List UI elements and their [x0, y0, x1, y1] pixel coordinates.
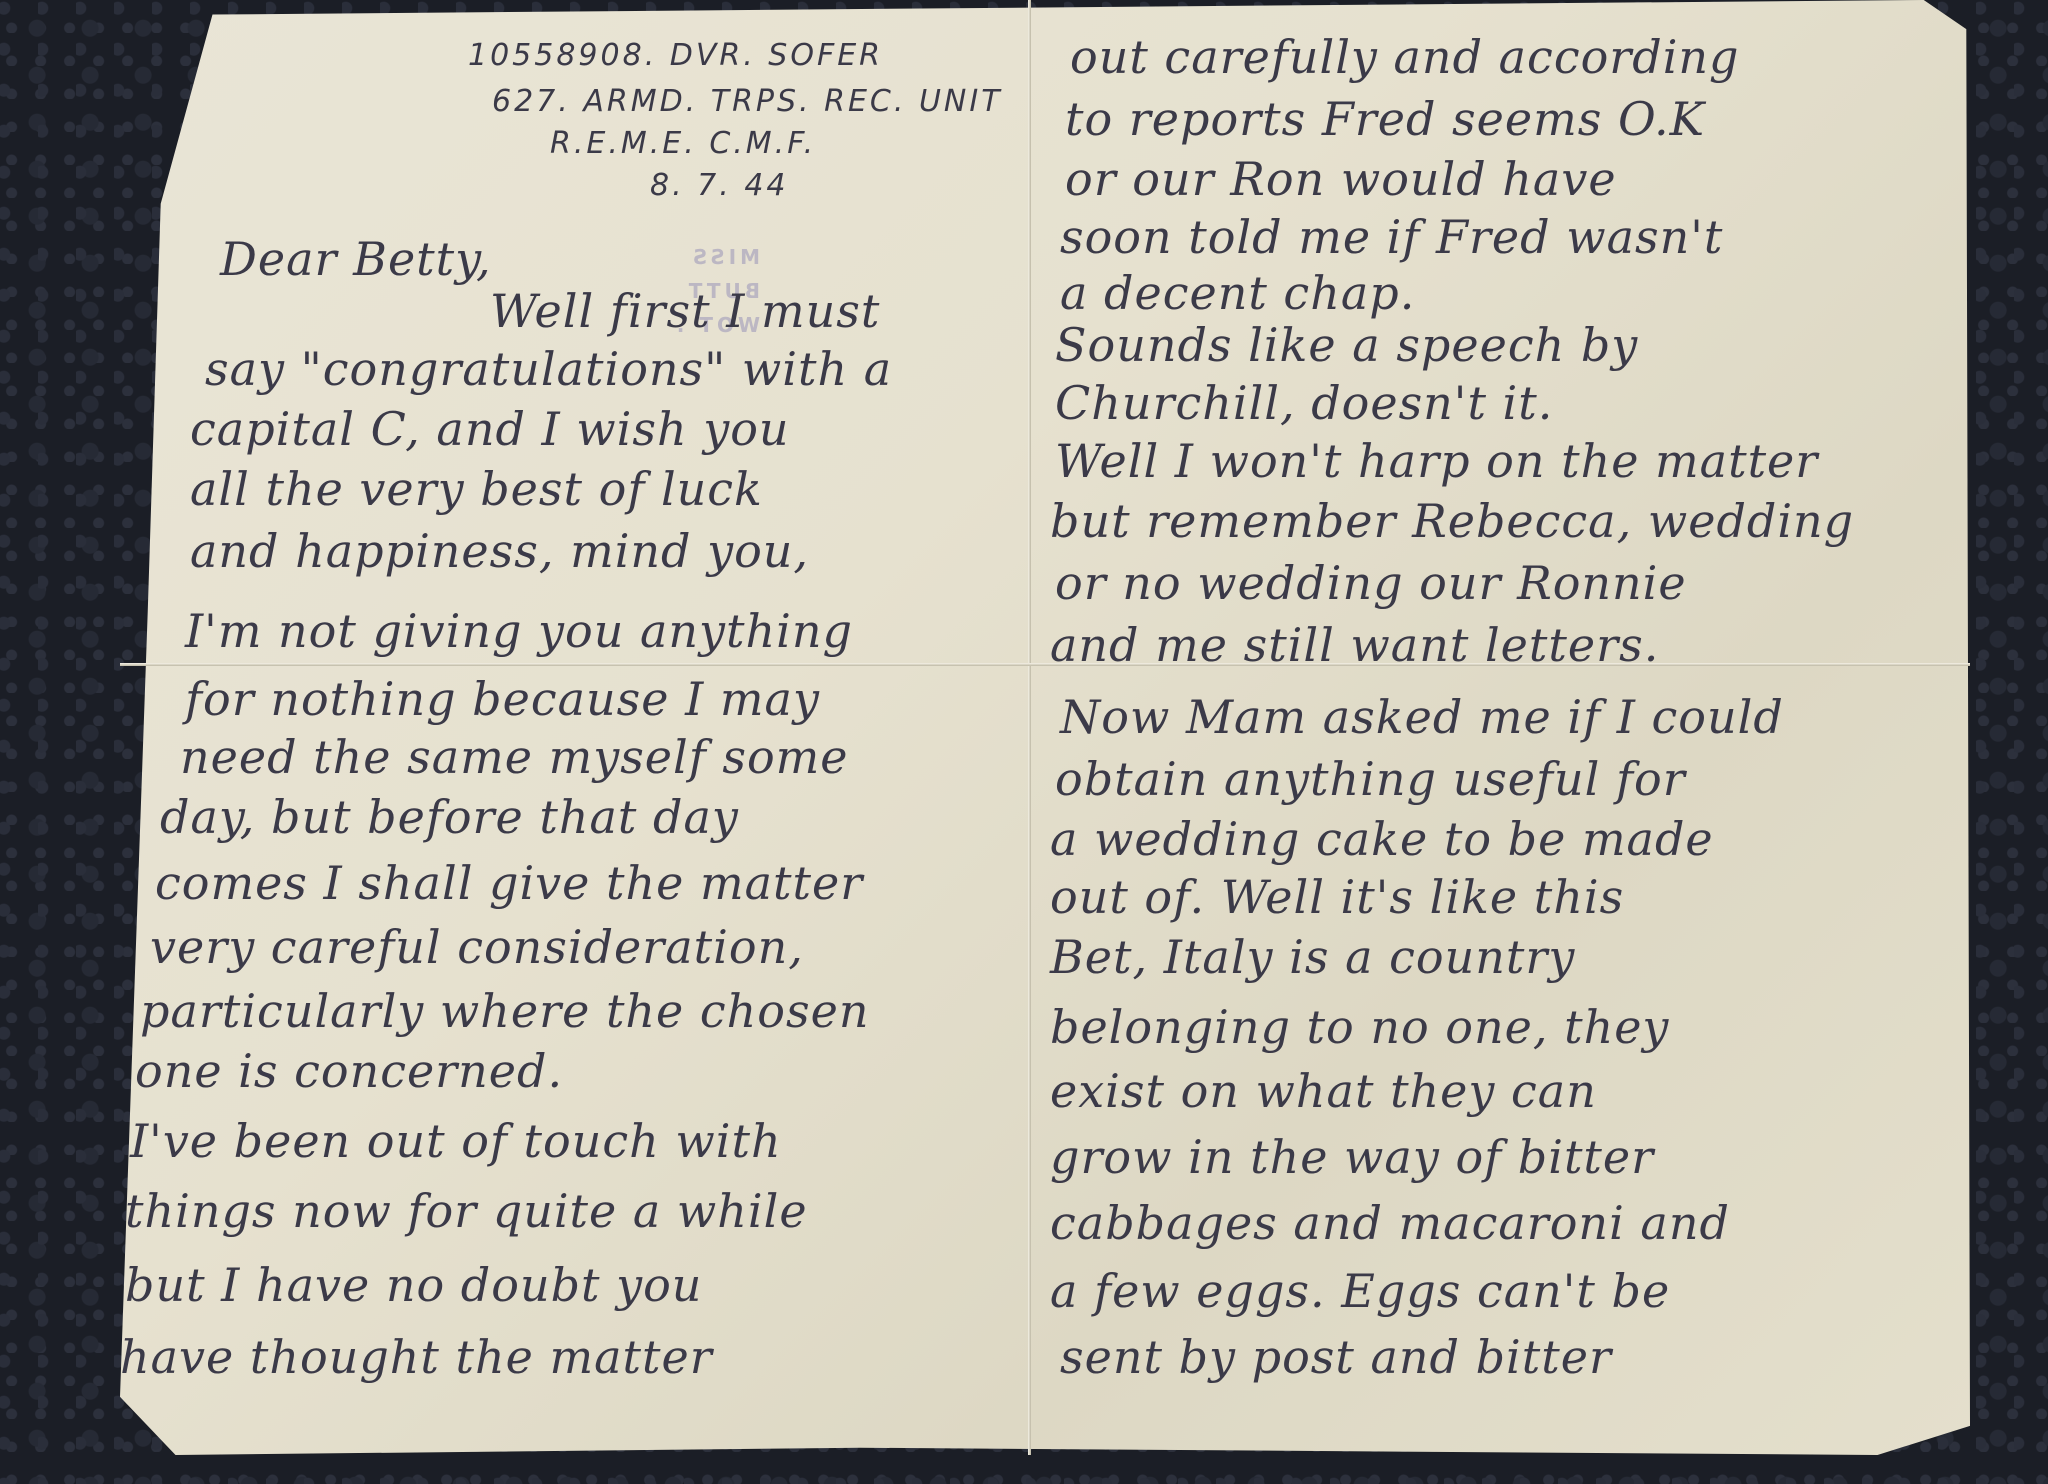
right-line: exist on what they can [1050, 1064, 1597, 1118]
right-line: out of. Well it's like this [1050, 870, 1624, 924]
salutation: Dear Betty, [220, 232, 492, 286]
left-line: all the very best of luck [190, 462, 763, 516]
right-line: Churchill, doesn't it. [1055, 376, 1553, 430]
right-line: a decent chap. [1060, 266, 1415, 320]
left-line: particularly where the chosen [140, 984, 869, 1038]
right-line: obtain anything useful for [1055, 752, 1686, 806]
right-line: Now Mam asked me if I could [1060, 690, 1784, 744]
right-line: or our Ron would have [1065, 152, 1617, 206]
right-line: and me still want letters. [1050, 618, 1659, 672]
left-line: need the same myself some [180, 730, 849, 784]
left-line: but I have no doubt you [125, 1258, 702, 1312]
right-line: belonging to no one, they [1050, 1000, 1669, 1054]
right-line: Bet, Italy is a country [1050, 930, 1575, 984]
horizontal-fold-crease [120, 663, 1970, 666]
corps-line: R.E.M.E. C.M.F. [550, 126, 816, 161]
right-line: sent by post and bitter [1060, 1330, 1612, 1384]
left-line: Well first I must [490, 284, 880, 338]
letter-date: 8. 7. 44 [650, 168, 789, 203]
left-line: day, but before that day [160, 790, 739, 844]
right-line: a few eggs. Eggs can't be [1050, 1264, 1670, 1318]
right-line: soon told me if Fred wasn't [1060, 210, 1723, 264]
service-number-line: 10558908. DVR. SOFER [468, 38, 883, 73]
right-line: to reports Fred seems O.K [1065, 92, 1705, 146]
left-line: things now for quite a while [125, 1184, 808, 1238]
left-line: I've been out of touch with [130, 1114, 782, 1168]
right-line: grow in the way of bitter [1050, 1130, 1654, 1184]
left-line: one is concerned. [135, 1044, 563, 1098]
left-line: have thought the matter [120, 1330, 713, 1384]
left-line: capital C, and I wish you [190, 402, 790, 456]
right-line: a wedding cake to be made [1050, 812, 1714, 866]
right-line: but remember Rebecca, wedding [1050, 494, 1854, 548]
left-line: and happiness, mind you, [190, 524, 809, 578]
unit-line: 627. ARMD. TRPS. REC. UNIT [492, 84, 1003, 119]
vertical-fold-crease [1028, 0, 1031, 1455]
right-line: or no wedding our Ronnie [1055, 556, 1687, 610]
left-line: comes I shall give the matter [155, 856, 863, 910]
left-line: say "congratulations" with a [205, 342, 892, 396]
left-line: for nothing because I may [185, 672, 820, 726]
right-line: Sounds like a speech by [1055, 318, 1638, 372]
left-line: I'm not giving you anything [185, 604, 853, 658]
right-line: out carefully and according [1070, 30, 1740, 84]
right-line: Well I won't harp on the matter [1055, 434, 1818, 488]
right-line: cabbages and macaroni and [1050, 1196, 1730, 1250]
left-line: very careful consideration, [150, 920, 804, 974]
